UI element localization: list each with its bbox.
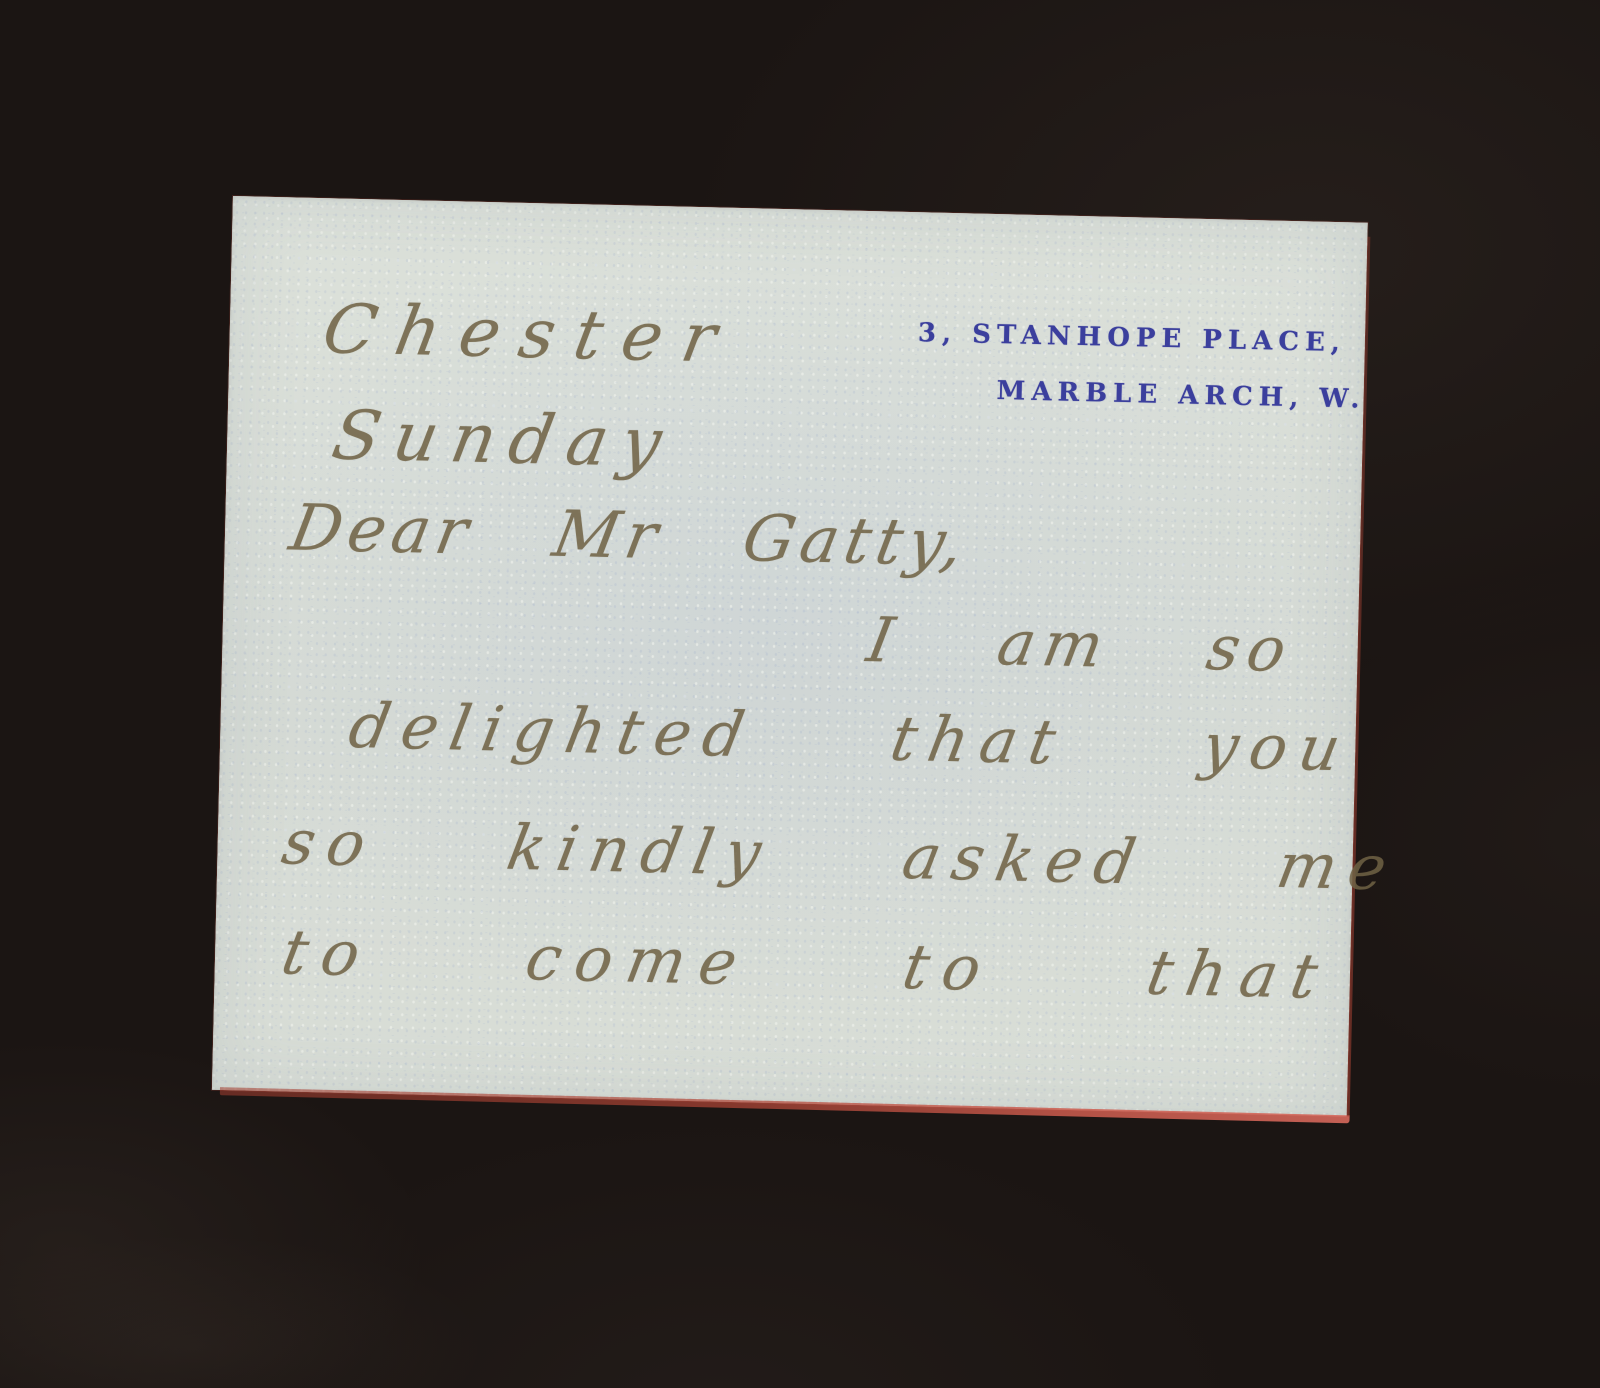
handwriting-line-body-4: to come to that — [276, 916, 1337, 1013]
card-red-edge-bottom — [220, 1087, 1350, 1123]
handwriting-line-day: Sunday — [326, 397, 681, 484]
handwriting-line-body-1: I am so — [862, 603, 1300, 686]
letterhead-address-line: 3, STANHOPE PLACE, — [918, 318, 1368, 359]
letterhead: 3, STANHOPE PLACE, MARBLE ARCH, W. — [916, 318, 1367, 415]
handwriting-line-body-3: so kindly asked me — [277, 806, 1404, 905]
handwriting-line-salutation: Dear Mr Gatty, — [284, 492, 975, 582]
photo-background: 3, STANHOPE PLACE, MARBLE ARCH, W. Chest… — [0, 0, 1600, 1388]
letter-card: 3, STANHOPE PLACE, MARBLE ARCH, W. Chest… — [212, 196, 1368, 1116]
handwriting-line-place: Chester — [317, 290, 742, 378]
handwriting-line-body-2: delighted that you — [344, 689, 1358, 785]
letterhead-district-line: MARBLE ARCH, W. — [996, 376, 1366, 415]
